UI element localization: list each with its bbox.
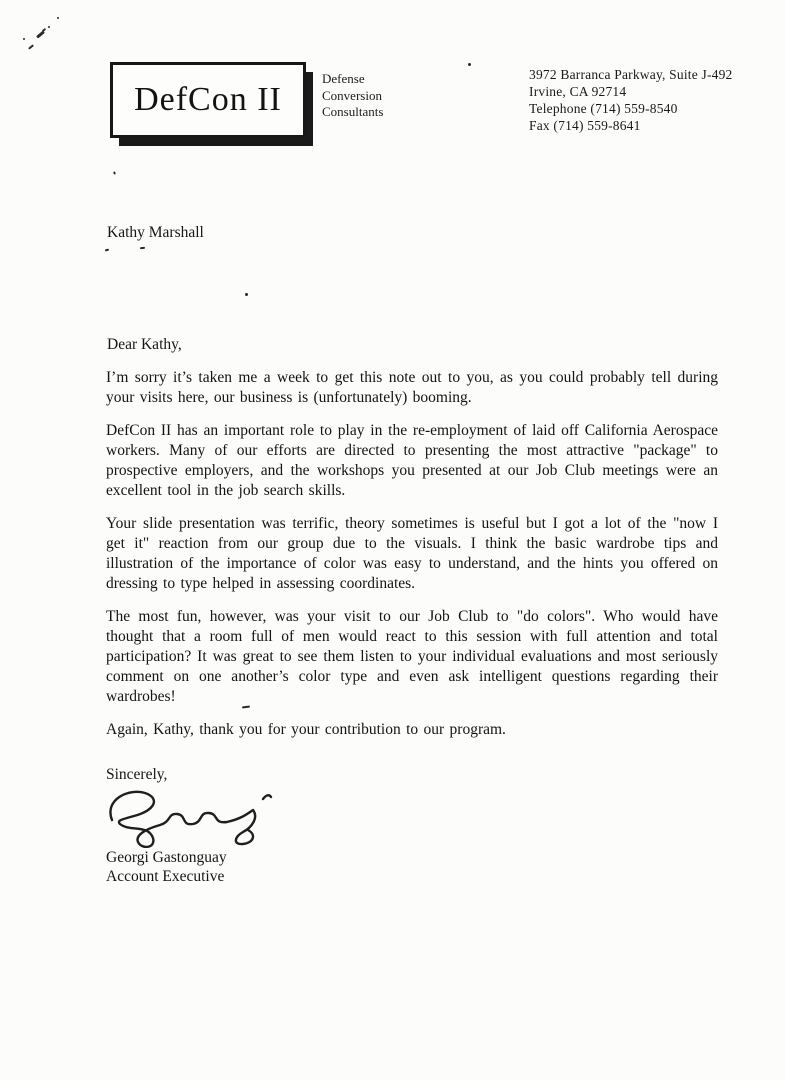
signature-title: Account Executive bbox=[106, 867, 718, 886]
address-line-telephone: Telephone (714) 559-8540 bbox=[529, 100, 733, 117]
letter-body: I’m sorry it’s taken me a week to get th… bbox=[106, 368, 718, 886]
company-address: 3972 Barranca Parkway, Suite J-492 Irvin… bbox=[529, 66, 733, 134]
salutation: Dear Kathy, bbox=[107, 336, 182, 354]
address-line-city: Irvine, CA 92714 bbox=[529, 83, 733, 100]
paragraph-4: The most fun, however, was your visit to… bbox=[106, 607, 718, 707]
signature-handwriting bbox=[102, 786, 312, 848]
scan-artifact bbox=[113, 171, 116, 175]
address-line-street: 3972 Barranca Parkway, Suite J-492 bbox=[529, 66, 733, 83]
company-tagline: Defense Conversion Consultants bbox=[322, 71, 383, 121]
signature-name: Georgi Gastonguay bbox=[106, 848, 718, 867]
scan-artifact bbox=[245, 293, 248, 296]
closing-salutation: Sincerely, bbox=[106, 766, 718, 784]
tagline-line: Defense bbox=[322, 71, 383, 88]
scan-artifact bbox=[57, 17, 59, 19]
tagline-line: Consultants bbox=[322, 104, 383, 121]
recipient-name: Kathy Marshall bbox=[107, 224, 204, 242]
company-logo-text: DefCon II bbox=[134, 81, 282, 119]
paragraph-2: DefCon II has an important role to play … bbox=[106, 421, 718, 501]
scan-artifact bbox=[23, 38, 25, 40]
company-logo: DefCon II bbox=[110, 62, 306, 138]
paragraph-1: I’m sorry it’s taken me a week to get th… bbox=[106, 368, 718, 408]
paragraph-3: Your slide presentation was terrific, th… bbox=[106, 514, 718, 594]
scan-artifact bbox=[140, 247, 145, 249]
scanned-letter-page: DefCon II Defense Conversion Consultants… bbox=[0, 0, 785, 1080]
tagline-line: Conversion bbox=[322, 88, 383, 105]
address-line-fax: Fax (714) 559-8641 bbox=[529, 117, 733, 134]
scan-artifact bbox=[468, 63, 471, 66]
scan-artifact bbox=[48, 26, 50, 28]
scan-artifact bbox=[105, 249, 109, 252]
paragraph-5: Again, Kathy, thank you for your contrib… bbox=[106, 720, 718, 740]
scan-artifact bbox=[28, 44, 34, 49]
